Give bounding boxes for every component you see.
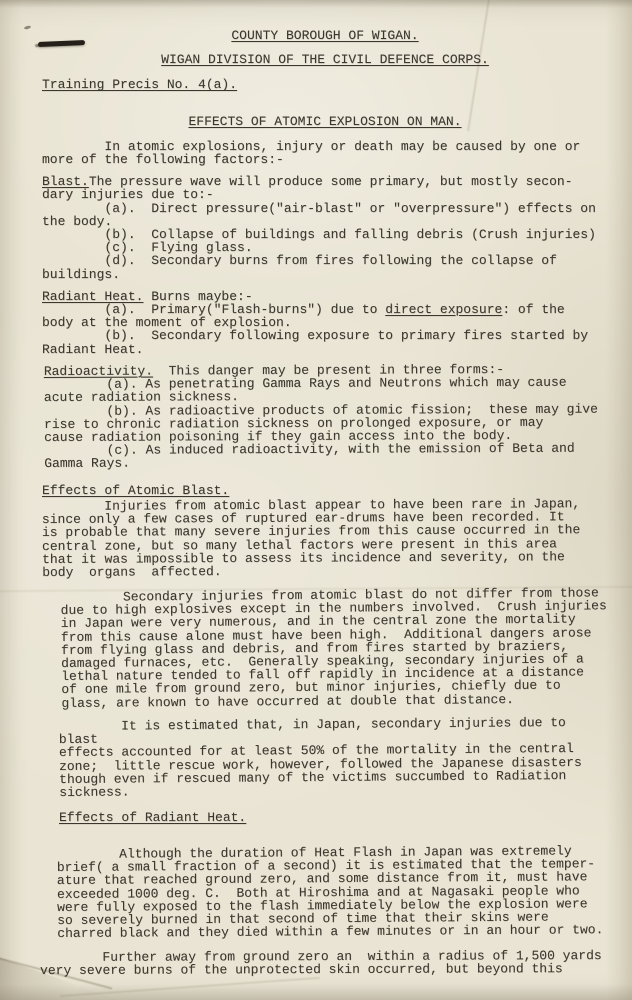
radiant-heat-factor-paragraph: Radiant Heat. Burns maybe:- (a). Primary… bbox=[42, 290, 608, 356]
radioactivity-body: This danger may be present in three form… bbox=[44, 362, 598, 471]
intro-paragraph: In atomic explosions, injury or death ma… bbox=[42, 140, 608, 166]
section-heading-radiant-heat: Effects of Radiant Heat. bbox=[59, 811, 608, 824]
radioactivity-factor-paragraph: Radioactivity. This danger may be presen… bbox=[44, 362, 608, 470]
document-content: COUNTY BOROUGH OF WIGAN. WIGAN DIVISION … bbox=[42, 29, 608, 977]
division-title: WIGAN DIVISION OF THE CIVIL DEFENCE CORP… bbox=[42, 53, 608, 66]
radiant-heat-emphasis: direct exposure bbox=[385, 302, 502, 317]
blast-body: The pressure wave will produce some prim… bbox=[42, 174, 596, 281]
paragraph-atomic-blast-3: It is estimated that, in Japan, secondar… bbox=[59, 715, 609, 799]
precis-number: Training Precis No. 4(a). bbox=[42, 78, 608, 91]
paragraph-atomic-blast-2: Secondary injuries from atomic blast do … bbox=[60, 586, 608, 710]
paragraph-atomic-blast-1: Injuries from atomic blast appear to hav… bbox=[42, 497, 608, 579]
ink-speck bbox=[24, 25, 32, 30]
blast-factor-paragraph: Blast.The pressure wave will produce som… bbox=[42, 175, 608, 281]
scanned-document-page: COUNTY BOROUGH OF WIGAN. WIGAN DIVISION … bbox=[0, 0, 632, 1000]
document-title: EFFECTS OF ATOMIC EXPLOSION ON MAN. bbox=[42, 115, 608, 128]
paragraph-radiant-heat-2: Further away from ground zero an within … bbox=[40, 949, 608, 977]
org-title: COUNTY BOROUGH OF WIGAN. bbox=[42, 29, 608, 42]
paragraph-radiant-heat-1: Although the duration of Heat Flash in J… bbox=[57, 844, 609, 940]
